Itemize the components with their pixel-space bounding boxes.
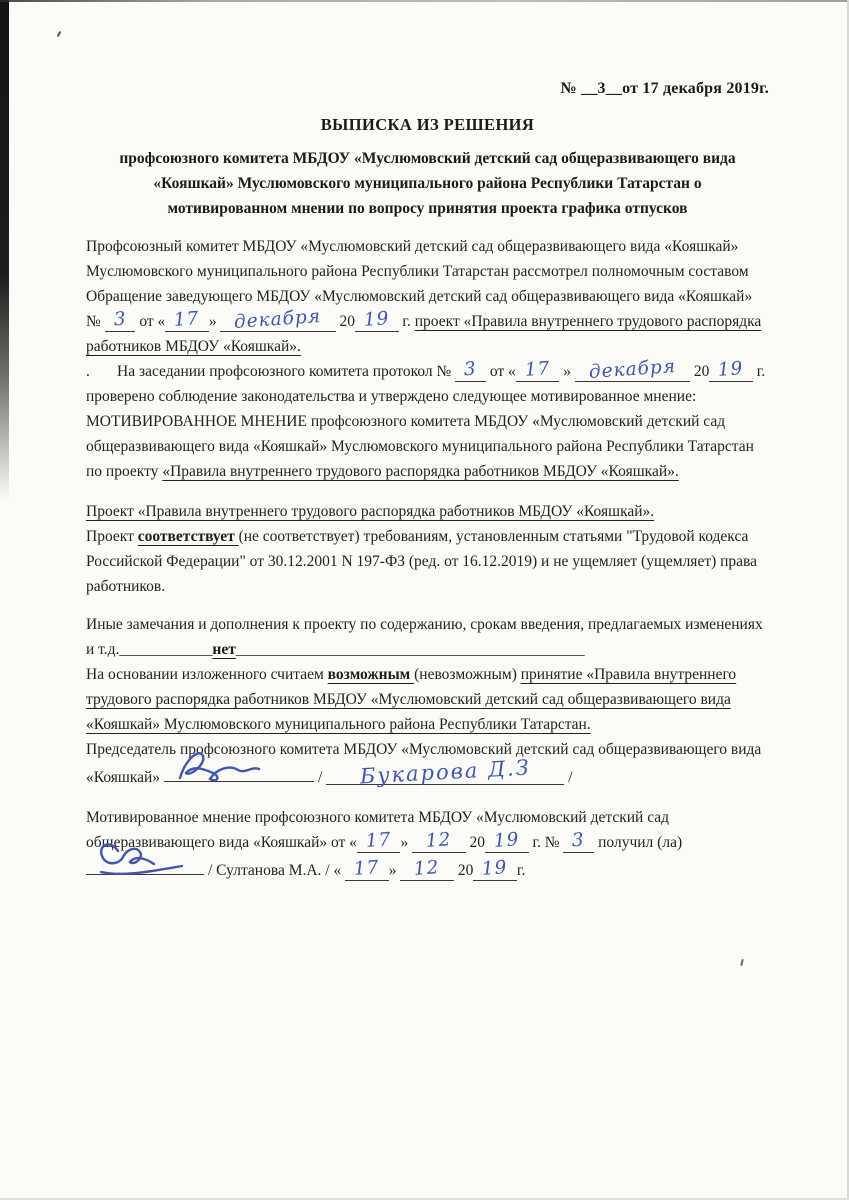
text-run: » <box>400 834 412 851</box>
text-run: от « <box>135 313 165 330</box>
handwritten-document-number: 3 <box>572 833 586 850</box>
blank-line: ________________________________________… <box>236 641 585 658</box>
handwritten-month-slot: 12 <box>400 862 454 881</box>
blank-line: ____________ <box>119 641 212 658</box>
separator-slash: / <box>314 769 326 786</box>
handwritten-year-slot: 19 <box>485 834 529 853</box>
handwritten-month: декабря <box>588 359 676 381</box>
handwritten-number-slot: 3 <box>105 313 136 332</box>
text-run: » <box>209 313 221 330</box>
chairman-signature-scribble <box>172 746 282 788</box>
handwritten-month-slot: декабря <box>220 313 335 332</box>
text-run: г. <box>399 313 415 330</box>
handwritten-year: 19 <box>493 832 520 850</box>
paragraph-project-heading: Проект «Правила внутреннего трудового ра… <box>86 499 769 524</box>
handwritten-day: 17 <box>524 361 551 379</box>
text-run: » <box>559 363 575 380</box>
text-run: / Султанова М.А. / « <box>204 862 345 879</box>
handwritten-protocol-number: 3 <box>464 362 478 379</box>
text-run: На основании изложенного считаем <box>86 666 328 683</box>
text-run: от « <box>486 363 516 380</box>
text-run: » <box>389 862 401 879</box>
paragraph-chairman-signature: Председатель профсоюзного комитета МБДОУ… <box>86 737 769 790</box>
paragraph-other-remarks: Иные замечания и дополнения к проекту по… <box>86 612 769 662</box>
handwritten-chairman-name: Букарова Д.З <box>359 760 531 785</box>
handwritten-month-number: 12 <box>414 860 441 878</box>
separator-slash: / <box>564 769 576 786</box>
text-run: (невозможным) <box>414 666 521 683</box>
handwritten-day-slot: 17 <box>516 363 560 382</box>
text-run: . На заседании профсоюзного комитета про… <box>86 363 455 380</box>
bold-underlined-choice-conforms: соответствует <box>138 528 239 545</box>
text-run: получил (ла) <box>594 834 682 851</box>
document-title: ВЫПИСКА ИЗ РЕШЕНИЯ <box>86 115 769 135</box>
handwritten-year-slot: 19 <box>709 363 753 382</box>
handwritten-day-slot: 17 <box>357 834 401 853</box>
paragraph-project-conformity: Проект соответствует (не соответствует) … <box>86 524 769 599</box>
handwritten-day-slot: 17 <box>345 862 389 881</box>
handwritten-month: декабря <box>234 309 322 331</box>
recipient-signature-scribble <box>94 837 190 881</box>
scanned-document-page: № __3__от 17 декабря 2019г. ВЫПИСКА ИЗ Р… <box>0 0 849 1200</box>
handwritten-year-slot: 19 <box>473 862 517 881</box>
paragraph-committee-review: Профсоюзный комитет МБДОУ «Муслюмовский … <box>86 234 769 359</box>
handwritten-year-slot: 19 <box>355 313 399 332</box>
handwritten-month-number: 12 <box>426 832 453 850</box>
bold-underlined-choice-possible: возможным <box>328 666 414 683</box>
handwritten-day: 17 <box>365 832 392 850</box>
underlined-project-title: «Правила внутреннего трудового распорядк… <box>162 463 678 480</box>
underlined-project-title: Проект «Правила внутреннего трудового ра… <box>86 503 654 520</box>
handwritten-day-slot: 17 <box>165 313 209 332</box>
text-run: Проект <box>86 528 138 545</box>
chairman-signature-slot <box>164 762 314 782</box>
text-run: 20 <box>336 313 355 330</box>
document-content: № __3__от 17 декабря 2019г. ВЫПИСКА ИЗ Р… <box>0 0 849 883</box>
recipient-signature-slot <box>86 855 204 875</box>
text-run: 20 <box>466 834 485 851</box>
bold-answer-none: нет <box>212 641 235 658</box>
chairman-name-slot: Букарова Д.З <box>326 765 564 785</box>
document-subtitle: профсоюзного комитета МБДОУ «Муслюмовски… <box>104 146 752 221</box>
document-number-line: № __3__от 17 декабря 2019г. <box>86 80 769 98</box>
paragraph-conclusion: На основании изложенного считаем возможн… <box>86 662 769 737</box>
text-run: 20 <box>690 363 709 380</box>
text-run: г. <box>517 862 525 879</box>
handwritten-protocol-number-slot: 3 <box>455 363 486 382</box>
handwritten-year: 19 <box>718 361 745 379</box>
scan-speck <box>740 959 744 966</box>
text-run: 20 <box>454 862 473 879</box>
handwritten-day: 17 <box>174 311 201 329</box>
handwritten-number-slot: 3 <box>563 834 594 853</box>
paragraph-opinion-received: Мотивированное мнение профсоюзного комит… <box>86 805 769 883</box>
handwritten-month-slot: декабря <box>575 363 690 382</box>
handwritten-document-number: 3 <box>113 312 127 329</box>
text-run: г. № <box>529 834 564 851</box>
handwritten-day: 17 <box>354 860 381 878</box>
paragraph-meeting-protocol: . На заседании профсоюзного комитета про… <box>86 359 769 484</box>
handwritten-month-slot: 12 <box>412 834 466 853</box>
handwritten-year: 19 <box>482 860 509 878</box>
handwritten-year: 19 <box>363 311 390 329</box>
